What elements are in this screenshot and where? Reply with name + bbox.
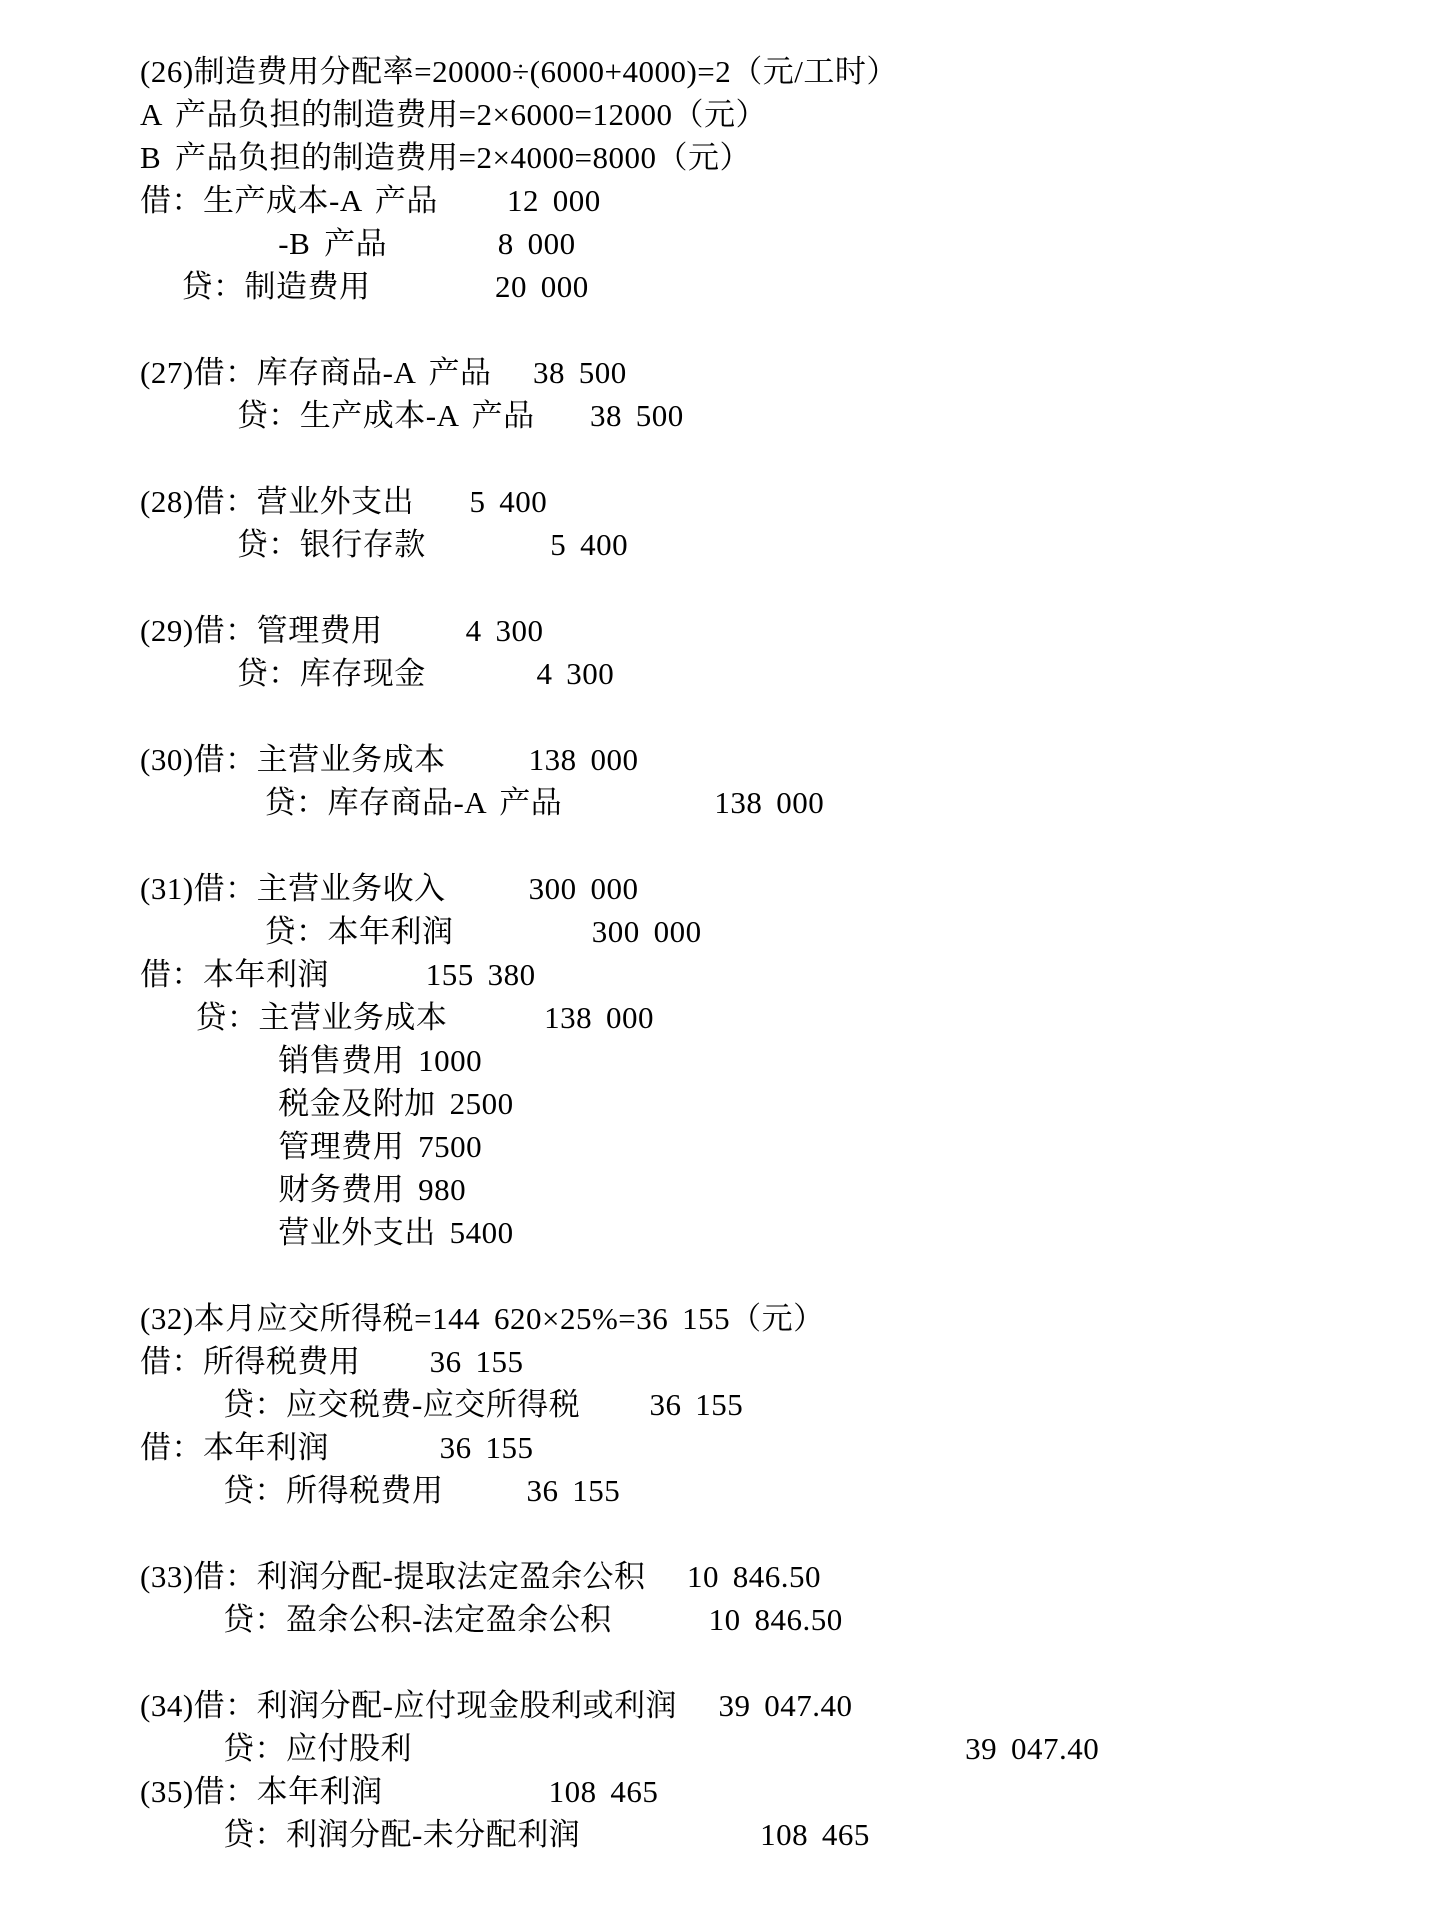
doc-line-entry33-credit: 贷：盈余公积-法定盈余公积 10 846.50 [140,1598,1409,1641]
doc-line-entry27-credit: 贷：生产成本-A 产品 38 500 [140,394,1409,437]
doc-line-entry32-credit2: 贷：所得税费用 36 155 [140,1469,1409,1512]
doc-line-entry28-debit: (28)借：营业外支出 5 400 [140,480,1409,523]
blank-line [140,824,1409,867]
doc-line-entry31-debit: (31)借：主营业务收入 300 000 [140,867,1409,910]
doc-line-entry31-credit2: 贷：主营业务成本 138 000 [140,996,1409,1039]
doc-line-entry30-credit: 贷：库存商品-A 产品 138 000 [140,781,1409,824]
doc-line-entry31-credit-finance-expense: 财务费用 980 [140,1168,1409,1211]
doc-line-entry31-credit-admin-expense: 管理费用 7500 [140,1125,1409,1168]
document-body: (26)制造费用分配率=20000÷(6000+4000)=2（元/工时） A … [140,50,1409,1856]
doc-line-entry35-debit: (35)借：本年利润 108 465 [140,1770,1409,1813]
document-page: (26)制造费用分配率=20000÷(6000+4000)=2（元/工时） A … [0,0,1429,1905]
doc-line-entry32-formula: (32)本月应交所得税=144 620×25%=36 155（元） [140,1297,1409,1340]
doc-line-entry27-debit: (27)借：库存商品-A 产品 38 500 [140,351,1409,394]
doc-line-entry26-product-a: A 产品负担的制造费用=2×6000=12000（元） [140,93,1409,136]
blank-line [140,1641,1409,1684]
doc-line-entry32-debit2: 借：本年利润 36 155 [140,1426,1409,1469]
doc-line-entry33-debit: (33)借：利润分配-提取法定盈余公积 10 846.50 [140,1555,1409,1598]
blank-line [140,695,1409,738]
doc-line-entry26-debit2: -B 产品 8 000 [140,222,1409,265]
doc-line-entry34-credit: 贷：应付股利 39 047.40 [140,1727,1409,1770]
doc-line-entry26-credit: 贷：制造费用 20 000 [140,265,1409,308]
doc-line-entry30-debit: (30)借：主营业务成本 138 000 [140,738,1409,781]
doc-line-entry31-credit-nonoperating-expense: 营业外支出 5400 [140,1211,1409,1254]
blank-line [140,437,1409,480]
doc-line-entry28-credit: 贷：银行存款 5 400 [140,523,1409,566]
blank-line [140,566,1409,609]
doc-line-entry26-formula: (26)制造费用分配率=20000÷(6000+4000)=2（元/工时） [140,50,1409,93]
doc-line-entry32-debit: 借：所得税费用 36 155 [140,1340,1409,1383]
doc-line-entry31-credit: 贷：本年利润 300 000 [140,910,1409,953]
blank-line [140,308,1409,351]
blank-line [140,1254,1409,1297]
doc-line-entry31-debit2: 借：本年利润 155 380 [140,953,1409,996]
doc-line-entry29-credit: 贷：库存现金 4 300 [140,652,1409,695]
doc-line-entry31-credit-selling-expense: 销售费用 1000 [140,1039,1409,1082]
doc-line-entry26-debit: 借：生产成本-A 产品 12 000 [140,179,1409,222]
doc-line-entry26-product-b: B 产品负担的制造费用=2×4000=8000（元） [140,136,1409,179]
doc-line-entry34-debit: (34)借：利润分配-应付现金股利或利润 39 047.40 [140,1684,1409,1727]
doc-line-entry32-credit: 贷：应交税费-应交所得税 36 155 [140,1383,1409,1426]
blank-line [140,1512,1409,1555]
doc-line-entry31-credit-taxes-surcharges: 税金及附加 2500 [140,1082,1409,1125]
doc-line-entry35-credit: 贷：利润分配-未分配利润 108 465 [140,1813,1409,1856]
doc-line-entry29-debit: (29)借：管理费用 4 300 [140,609,1409,652]
